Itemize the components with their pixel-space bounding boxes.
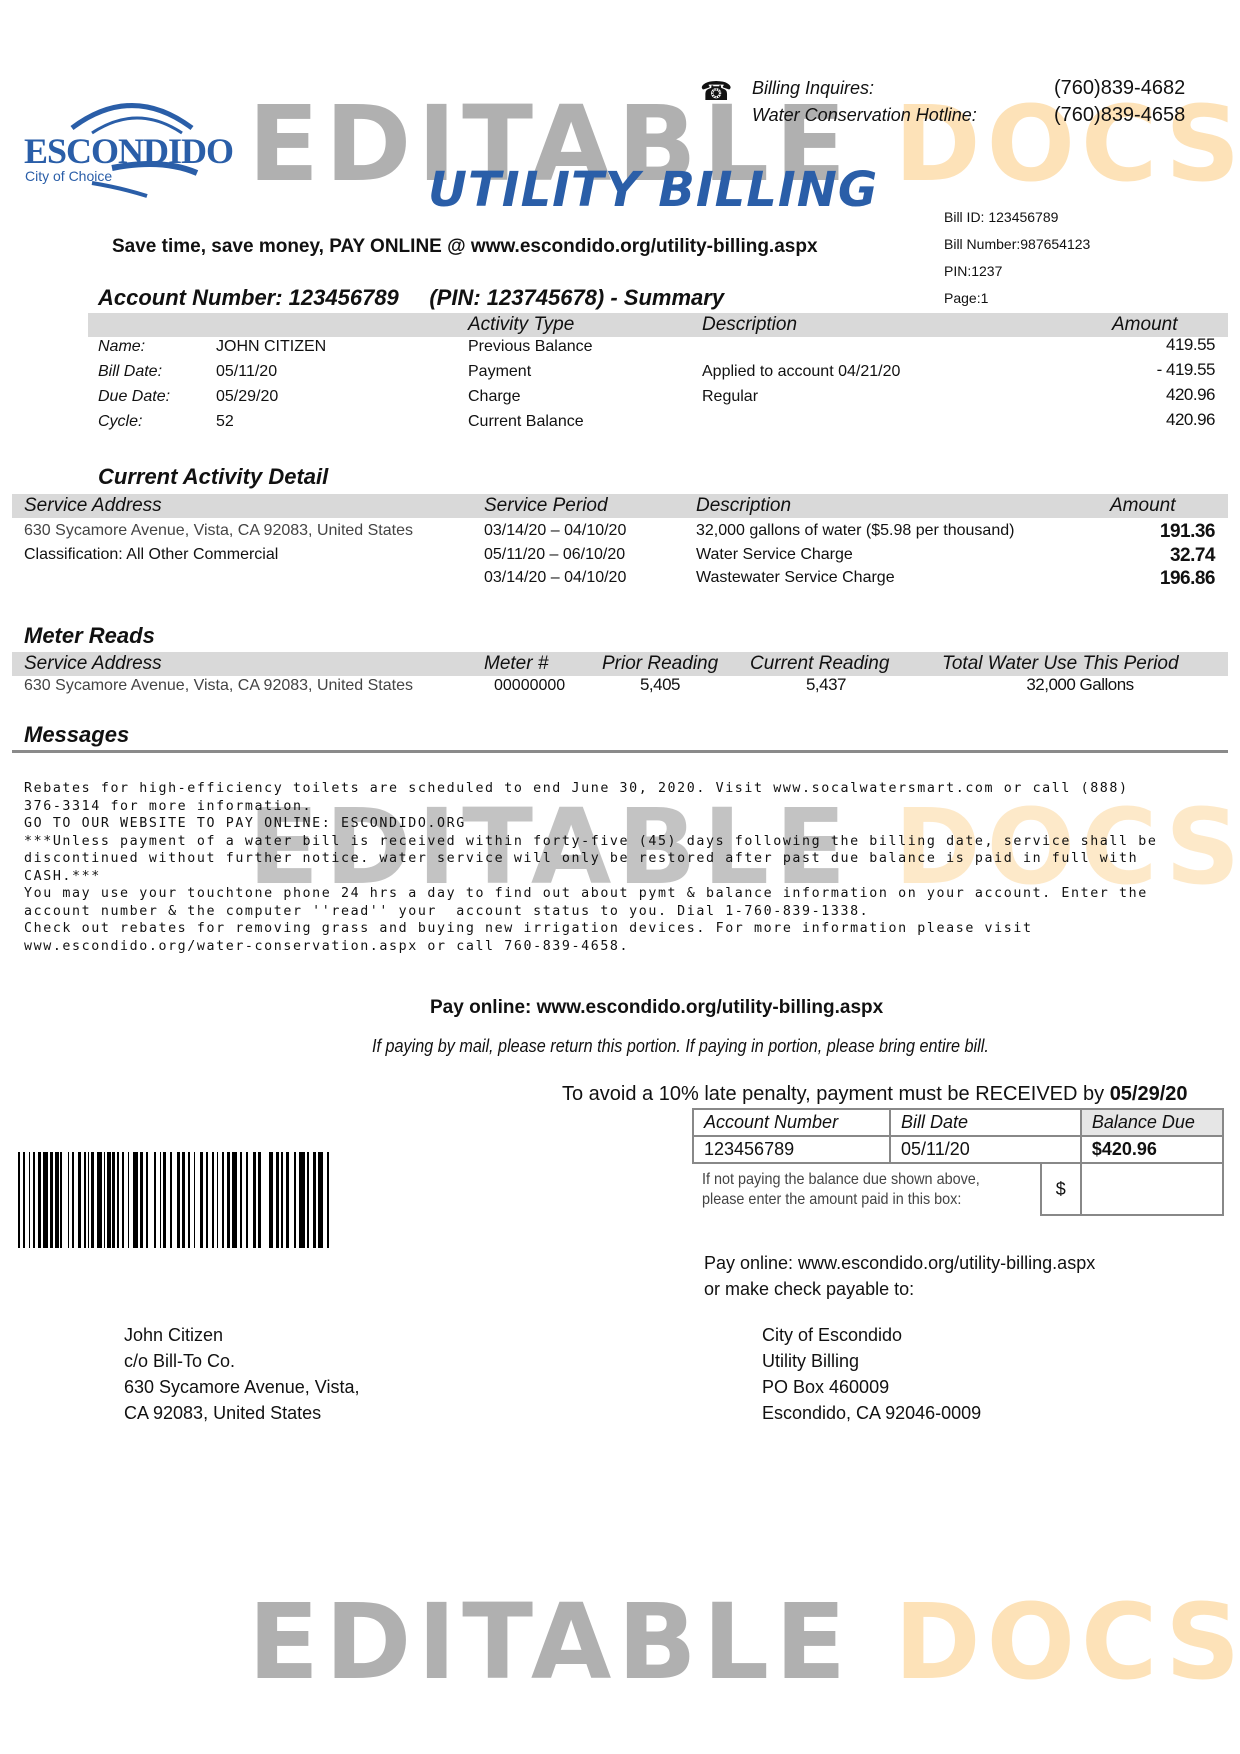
partial-note-line: If not paying the balance due shown abov…	[702, 1170, 996, 1190]
customer-address: John Citizenc/o Bill-To Co.630 Sycamore …	[124, 1322, 360, 1426]
bill-id: Bill ID: 123456789	[944, 204, 1090, 231]
activity-description: Water Service Charge	[696, 546, 853, 564]
late-penalty-notice: To avoid a 10% late penalty, payment mus…	[562, 1083, 1188, 1106]
activity-header-band	[12, 494, 1228, 518]
page-number: Page:1	[944, 285, 1090, 312]
field-label: Bill Date:	[98, 363, 162, 381]
summary-description: Applied to account 04/21/20	[702, 363, 900, 381]
summary-amount: 419.55	[1060, 335, 1215, 355]
meter-reads-heading: Meter Reads	[24, 623, 155, 649]
prior-reading: 5,405	[620, 675, 700, 695]
stub-account-number: 123456789	[693, 1136, 890, 1163]
currency-symbol: $	[1041, 1163, 1081, 1215]
meter-number: 00000000	[494, 677, 565, 695]
activity-period: 03/14/20 – 04/10/20	[484, 569, 626, 587]
col-amount: Amount	[1110, 495, 1175, 517]
stub-balance-due: $420.96	[1081, 1136, 1223, 1163]
field-label: Cycle:	[98, 413, 142, 431]
summary-amount: 420.96	[1060, 410, 1215, 430]
amount-paid-box[interactable]	[1081, 1163, 1223, 1215]
address-line: c/o Bill-To Co.	[124, 1348, 360, 1374]
col-description: Description	[696, 495, 791, 517]
address-line: Utility Billing	[762, 1348, 981, 1374]
summary-amount: - 419.55	[1060, 360, 1215, 380]
penalty-due-date: 05/29/20	[1110, 1083, 1188, 1105]
current-reading: 5,437	[786, 675, 866, 695]
summary-activity: Charge	[468, 388, 520, 406]
payment-instructions: Pay online: www.escondido.org/utility-bi…	[704, 1250, 1095, 1302]
pay-instruction-online[interactable]: Pay online: www.escondido.org/utility-bi…	[704, 1250, 1095, 1276]
activity-period: 05/11/20 – 06/10/20	[484, 546, 625, 564]
summary-amount: 420.96	[1060, 385, 1215, 405]
col-meter-number: Meter #	[484, 653, 548, 675]
barcode	[18, 1152, 332, 1248]
account-summary-heading: Account Number: 123456789 (PIN: 12374567…	[98, 285, 724, 311]
address-line: 630 Sycamore Avenue, Vista,	[124, 1374, 360, 1400]
logo-tagline: City of Choice	[25, 168, 112, 184]
summary-activity: Previous Balance	[468, 338, 593, 356]
col-current-reading: Current Reading	[750, 653, 889, 675]
activity-period: 03/14/20 – 04/10/20	[484, 522, 626, 540]
stub-header-account: Account Number	[693, 1109, 890, 1136]
stub-header-bill-date: Bill Date	[890, 1109, 1081, 1136]
payee-address: City of EscondidoUtility BillingPO Box 4…	[762, 1322, 981, 1426]
city-logo: ESCONDIDO City of Choice	[22, 88, 232, 198]
bill-number: Bill Number:987654123	[944, 231, 1090, 258]
remittance-stub: Account Number Bill Date Balance Due 123…	[692, 1108, 1224, 1216]
summary-activity: Payment	[468, 363, 531, 381]
pay-instruction-check: or make check payable to:	[704, 1276, 1095, 1302]
col-service-period: Service Period	[484, 495, 608, 517]
stub-bill-date: 05/11/20	[890, 1136, 1081, 1163]
activity-amount: 191.36	[1060, 521, 1215, 543]
address-line: John Citizen	[124, 1322, 360, 1348]
contact-label: Billing Inquires:	[752, 78, 874, 98]
field-value: 05/29/20	[216, 388, 278, 406]
col-total-use: Total Water Use This Period	[942, 653, 1179, 675]
watermark-text-docs: DOCS	[894, 1581, 1240, 1703]
meter-service-address: 630 Sycamore Avenue, Vista, CA 92083, Un…	[24, 677, 413, 695]
summary-activity: Current Balance	[468, 413, 584, 431]
watermark-bottom: EDITABLE DOCS	[248, 1590, 1240, 1694]
address-line: Escondido, CA 92046-0009	[762, 1400, 981, 1426]
penalty-text: To avoid a 10% late penalty, payment mus…	[562, 1083, 1110, 1105]
watermark-text-editable: EDITABLE	[248, 1581, 852, 1703]
bill-pin: PIN:1237	[944, 258, 1090, 285]
contact-conservation-phone[interactable]: (760)839-4658	[1054, 104, 1185, 127]
col-activity-type: Activity Type	[468, 314, 574, 336]
col-service-address: Service Address	[24, 653, 162, 675]
field-label: Due Date:	[98, 388, 170, 406]
address-line: PO Box 460009	[762, 1374, 981, 1400]
field-value: 52	[216, 413, 234, 431]
contact-conservation: Water Conservation Hotline:	[752, 105, 977, 126]
partial-note-line: please enter the amount paid in this box…	[702, 1190, 996, 1210]
remit-pay-online[interactable]: Pay online: www.escondido.org/utility-bi…	[430, 997, 883, 1019]
total-water-use: 32,000 Gallons	[980, 675, 1180, 695]
messages-divider	[12, 750, 1228, 753]
activity-description: Wastewater Service Charge	[696, 569, 895, 587]
logo-name: ESCONDIDO	[24, 130, 233, 172]
activity-amount: 196.86	[1060, 568, 1215, 590]
activity-description: 32,000 gallons of water ($5.98 per thous…	[696, 522, 1014, 540]
watermark-text-docs: DOCS	[894, 83, 1240, 205]
barcode-bar	[261, 1152, 269, 1248]
barcode-bar	[329, 1152, 332, 1248]
field-label: Name:	[98, 338, 145, 356]
col-prior-reading: Prior Reading	[602, 653, 718, 675]
mail-note: If paying by mail, please return this po…	[372, 1036, 989, 1057]
activity-heading: Current Activity Detail	[98, 464, 328, 490]
activity-amount: 32.74	[1060, 545, 1215, 567]
telephone-icon: ☎	[700, 76, 732, 107]
messages-body: Rebates for high-efficiency toilets are …	[24, 780, 1157, 955]
pay-online-banner[interactable]: Save time, save money, PAY ONLINE @ www.…	[112, 236, 818, 258]
stub-header-balance: Balance Due	[1081, 1109, 1223, 1136]
contact-billing: Billing Inquires:	[752, 78, 874, 99]
summary-header-band	[88, 313, 1228, 337]
summary-description: Regular	[702, 388, 758, 406]
contact-label: Water Conservation Hotline:	[752, 105, 977, 125]
col-description: Description	[702, 314, 797, 336]
col-amount: Amount	[1112, 314, 1177, 336]
classification: Classification: All Other Commercial	[24, 546, 278, 564]
page-title: UTILITY BILLING	[428, 162, 878, 218]
address-line: CA 92083, United States	[124, 1400, 360, 1426]
field-value: JOHN CITIZEN	[216, 338, 326, 356]
bill-meta: Bill ID: 123456789 Bill Number:987654123…	[944, 204, 1090, 312]
messages-heading: Messages	[24, 722, 129, 748]
field-value: 05/11/20	[216, 363, 277, 381]
service-address: 630 Sycamore Avenue, Vista, CA 92083, Un…	[24, 522, 413, 540]
contact-billing-phone[interactable]: (760)839-4682	[1054, 77, 1185, 100]
col-service-address: Service Address	[24, 495, 162, 517]
address-line: City of Escondido	[762, 1322, 981, 1348]
partial-payment-note: If not paying the balance due shown abov…	[693, 1163, 1006, 1215]
